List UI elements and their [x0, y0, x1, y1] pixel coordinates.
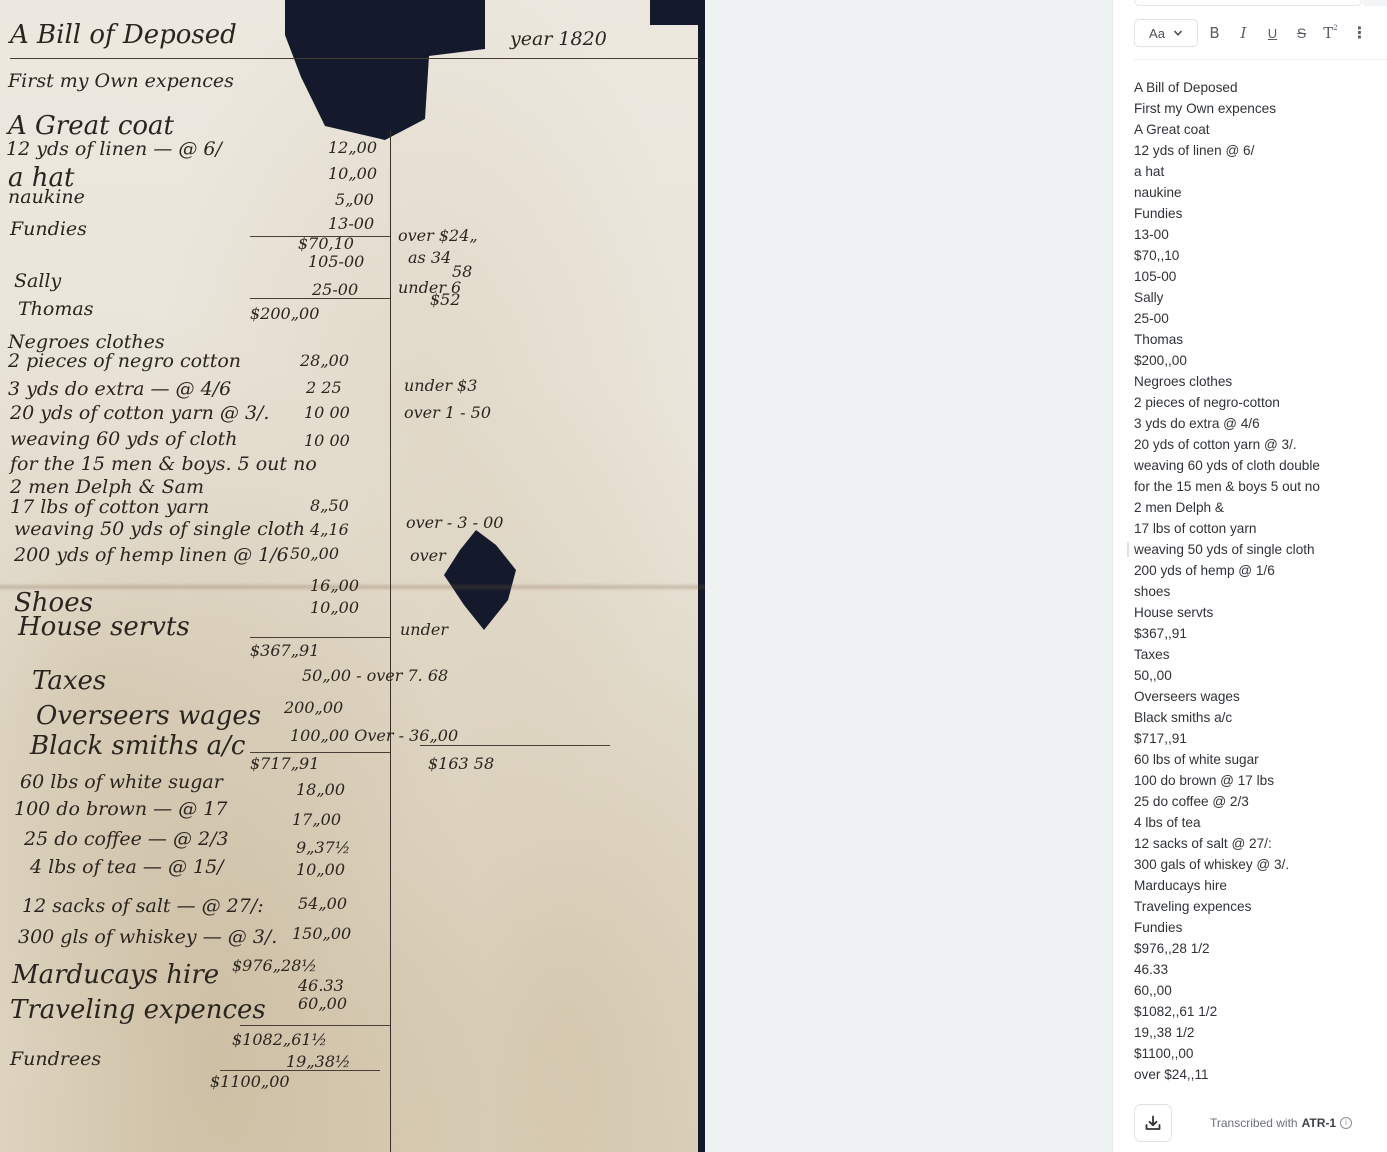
- transcription-line[interactable]: 105-00: [1134, 266, 1374, 287]
- handwritten-amount: $1082„61½: [232, 1032, 327, 1048]
- transcription-line[interactable]: Traveling expences: [1134, 896, 1374, 917]
- transcription-line[interactable]: $200,,00: [1134, 350, 1374, 371]
- chevron-down-icon: [1173, 28, 1183, 38]
- transcription-line[interactable]: Black smiths a/c: [1134, 707, 1374, 728]
- handwritten-amount: $1100„00: [210, 1074, 290, 1090]
- transcription-line[interactable]: 12 yds of linen @ 6/: [1134, 140, 1374, 161]
- handwritten-entry: First my Own expences: [8, 72, 234, 91]
- credit-prefix: Transcribed with: [1210, 1116, 1298, 1130]
- handwritten-amount: over: [410, 548, 446, 564]
- bold-button[interactable]: B: [1200, 19, 1229, 47]
- handwritten-amount: 10„00: [296, 862, 345, 878]
- handwritten-entry: 3 yds do extra — @ 4/6: [8, 380, 231, 399]
- transcription-line[interactable]: 200 yds of hemp @ 1/6: [1134, 560, 1374, 581]
- transcription-panel: Aa B I U S T2 ⋮ A Bill of DeposedFirst m…: [1112, 0, 1387, 1152]
- transcription-line[interactable]: $976,,28 1/2: [1134, 938, 1374, 959]
- transcription-text-editor[interactable]: A Bill of DeposedFirst my Own expencesA …: [1134, 77, 1374, 1085]
- transcription-line[interactable]: 20 yds of cotton yarn @ 3/.: [1134, 434, 1374, 455]
- handwritten-entry: Black smiths a/c: [30, 733, 245, 759]
- handwritten-amount: 50„00 - over 7. 68: [302, 668, 448, 684]
- handwritten-amount: 19„38½: [286, 1054, 351, 1070]
- handwritten-amount: 10„00: [310, 600, 359, 616]
- handwritten-amount: 18„00: [296, 782, 345, 798]
- transcription-line[interactable]: Sally: [1134, 287, 1374, 308]
- handwritten-entry: 17 lbs of cotton yarn: [10, 498, 209, 517]
- transcription-line[interactable]: Marducays hire: [1134, 875, 1374, 896]
- transcription-line[interactable]: shoes: [1134, 581, 1374, 602]
- paper-damage-hole: [285, 0, 485, 140]
- transcription-line[interactable]: $70,,10: [1134, 245, 1374, 266]
- handwritten-amount: 10 00: [304, 433, 350, 449]
- handwritten-entry: year 1820: [510, 30, 607, 49]
- handwritten-entry: Traveling expences: [10, 997, 266, 1023]
- underline-icon: U: [1268, 26, 1277, 41]
- handwritten-entry: 20 yds of cotton yarn @ 3/.: [10, 404, 269, 423]
- transcription-line[interactable]: 13-00: [1134, 224, 1374, 245]
- info-icon[interactable]: i: [1340, 1117, 1352, 1129]
- transcription-line[interactable]: First my Own expences: [1134, 98, 1374, 119]
- transcription-line[interactable]: weaving 60 yds of cloth double: [1134, 455, 1374, 476]
- handwritten-amount: $200„00: [250, 306, 319, 322]
- transcription-line[interactable]: a hat: [1134, 161, 1374, 182]
- handwritten-entry: Thomas: [18, 300, 93, 319]
- handwritten-entry: 2 pieces of negro cotton: [8, 352, 241, 371]
- handwritten-amount: 10 00: [304, 405, 350, 421]
- transcription-line[interactable]: 2 pieces of negro-cotton: [1134, 392, 1374, 413]
- handwritten-amount: under $3: [404, 378, 477, 394]
- transcription-line[interactable]: 4 lbs of tea: [1134, 812, 1374, 833]
- handwritten-amount: 50„00: [290, 546, 339, 562]
- handwritten-amount: 9„37½: [296, 840, 350, 856]
- superscript-icon: T2: [1323, 24, 1337, 42]
- handwritten-entry: Taxes: [32, 668, 106, 694]
- superscript-button[interactable]: T2: [1316, 19, 1345, 47]
- handwritten-amount: 13-00: [328, 216, 374, 232]
- superscript-mark: 2: [1333, 24, 1337, 32]
- handwritten-entry: 25 do coffee — @ 2/3: [24, 830, 229, 849]
- transcription-line[interactable]: A Bill of Deposed: [1134, 77, 1374, 98]
- transcription-line[interactable]: 100 do brown @ 17 lbs: [1134, 770, 1374, 791]
- underline-button[interactable]: U: [1258, 19, 1287, 47]
- sum-rule: [250, 752, 390, 753]
- sum-rule: [240, 1025, 390, 1026]
- transcription-line[interactable]: 25 do coffee @ 2/3: [1134, 791, 1374, 812]
- handwritten-amount: $367„91: [250, 643, 319, 659]
- vertical-ellipsis-icon: ⋮: [1352, 23, 1368, 43]
- handwritten-entry: 300 gls of whiskey — @ 3/.: [18, 928, 277, 947]
- strikethrough-icon: S: [1297, 25, 1306, 41]
- handwritten-entry: House servts: [18, 614, 190, 640]
- handwritten-entry: 12 sacks of salt — @ 27/:: [22, 897, 264, 916]
- handwritten-entry: 200 yds of hemp linen @ 1/6: [14, 546, 289, 565]
- transcription-line[interactable]: 25-00: [1134, 308, 1374, 329]
- handwritten-amount: 10„00: [328, 166, 377, 182]
- transcription-line[interactable]: 300 gals of whiskey @ 3/.: [1134, 854, 1374, 875]
- handwritten-amount: 46.33: [298, 978, 344, 994]
- handwritten-amount: 5„00: [335, 192, 374, 208]
- handwritten-entry: 2 men Delph & Sam: [10, 478, 204, 497]
- transcription-line[interactable]: Thomas: [1134, 329, 1374, 350]
- handwritten-amount: over 1 - 50: [404, 405, 491, 421]
- handwritten-entry: 60 lbs of white sugar: [20, 773, 223, 792]
- transcription-line[interactable]: 50,,00: [1134, 665, 1374, 686]
- handwritten-entry: for the 15 men & boys. 5 out no: [10, 455, 317, 474]
- transcription-line[interactable]: 60,,00: [1134, 980, 1374, 1001]
- handwritten-entry: 4 lbs of tea — @ 15/: [30, 858, 224, 877]
- model-name: ATR-1: [1302, 1116, 1336, 1130]
- transcription-line[interactable]: A Great coat: [1134, 119, 1374, 140]
- handwritten-amount: over $24„: [398, 228, 478, 244]
- transcription-line[interactable]: $1082,,61 1/2: [1134, 1001, 1374, 1022]
- transcription-line[interactable]: 60 lbs of white sugar: [1134, 749, 1374, 770]
- handwritten-amount: 54„00: [298, 896, 347, 912]
- transcription-line[interactable]: over $24,,11: [1134, 1064, 1374, 1085]
- transcription-line[interactable]: 12 sacks of salt @ 27/:: [1134, 833, 1374, 854]
- document-viewer[interactable]: A Bill of Deposedyear 1820First my Own e…: [0, 0, 1112, 1152]
- handwritten-amount: 200„00: [284, 700, 343, 716]
- handwritten-entry: A Great coat: [8, 113, 174, 139]
- handwritten-amount: 100„00 Over - 36„00: [290, 728, 458, 744]
- handwritten-amount: 16„00: [310, 578, 359, 594]
- italic-button[interactable]: I: [1229, 19, 1258, 47]
- transcription-line[interactable]: 3 yds do extra @ 4/6: [1134, 413, 1374, 434]
- handwritten-amount: 150„00: [292, 926, 351, 942]
- formatting-toolbar: Aa B I U S T2 ⋮: [1134, 19, 1387, 47]
- handwritten-amount: 2 25: [306, 380, 342, 396]
- more-options-button[interactable]: ⋮: [1345, 19, 1374, 47]
- handwritten-amount: 17„00: [292, 812, 341, 828]
- handwritten-amount: 25-00: [312, 282, 358, 298]
- handwritten-amount: $717„91: [250, 756, 319, 772]
- font-style-dropdown[interactable]: Aa: [1134, 19, 1198, 47]
- paper-damage-edge: [698, 0, 705, 1152]
- handwritten-amount: 4„16: [310, 522, 349, 538]
- panel-top-scroll-area: [1363, 0, 1387, 6]
- handwritten-amount: under: [400, 622, 448, 638]
- handwritten-entry: Fundies: [10, 220, 87, 239]
- handwritten-entry: A Bill of Deposed: [10, 22, 237, 48]
- paper-damage-hole: [440, 530, 520, 630]
- font-style-label: Aa: [1149, 26, 1165, 41]
- transcription-credit: Transcribed with ATR-1 i: [1210, 1116, 1352, 1130]
- transcription-line[interactable]: for the 15 men & boys 5 out no: [1134, 476, 1374, 497]
- transcription-line[interactable]: House servts: [1134, 602, 1374, 623]
- transcription-line[interactable]: 17 lbs of cotton yarn: [1134, 518, 1374, 539]
- handwritten-amount: 8„50: [310, 498, 349, 514]
- transcription-line[interactable]: 2 men Delph &: [1134, 497, 1374, 518]
- handwritten-entry: weaving 50 yds of single cloth: [14, 520, 305, 539]
- title-underline: [10, 58, 700, 59]
- handwritten-amount: $70,10: [298, 236, 354, 252]
- handwritten-entry: Sally: [14, 272, 61, 291]
- handwritten-amount: over - 3 - 00: [406, 515, 503, 531]
- toolbar-divider: [1134, 59, 1387, 60]
- download-button[interactable]: [1134, 1104, 1172, 1142]
- ledger-column-rule: [390, 130, 391, 1152]
- handwritten-entry: 100 do brown — @ 17: [14, 800, 227, 819]
- handwritten-amount: 12„00: [328, 140, 377, 156]
- transcription-line[interactable]: $1100,,00: [1134, 1043, 1374, 1064]
- transcription-line[interactable]: $717,,91: [1134, 728, 1374, 749]
- handwritten-amount: 105-00: [308, 254, 364, 270]
- transcription-line[interactable]: Taxes: [1134, 644, 1374, 665]
- italic-icon: I: [1241, 24, 1247, 42]
- transcription-line[interactable]: Negroes clothes: [1134, 371, 1374, 392]
- handwritten-amount: as 34: [408, 250, 451, 266]
- transcription-line[interactable]: Overseers wages: [1134, 686, 1374, 707]
- handwritten-amount: $976„28½: [232, 958, 317, 974]
- transcription-line[interactable]: 19,,38 1/2: [1134, 1022, 1374, 1043]
- panel-footer: Transcribed with ATR-1 i: [1134, 1104, 1387, 1142]
- handwritten-entry: Fundrees: [10, 1050, 101, 1069]
- bold-icon: B: [1209, 24, 1219, 42]
- transcription-line[interactable]: weaving 50 yds of single cloth: [1134, 539, 1374, 560]
- transcription-line[interactable]: Fundies: [1134, 203, 1374, 224]
- handwritten-entry: naukine: [8, 188, 85, 207]
- transcription-line[interactable]: naukine: [1134, 182, 1374, 203]
- strikethrough-button[interactable]: S: [1287, 19, 1316, 47]
- transcription-line[interactable]: $367,,91: [1134, 623, 1374, 644]
- paper-damage-edge: [650, 0, 705, 25]
- sum-rule: [420, 745, 610, 746]
- sum-rule: [250, 637, 390, 638]
- handwritten-entry: 12 yds of linen — @ 6/: [6, 140, 222, 159]
- superscript-letter: T: [1323, 24, 1333, 42]
- transcription-line[interactable]: Fundies: [1134, 917, 1374, 938]
- manuscript-scan-image[interactable]: A Bill of Deposedyear 1820First my Own e…: [0, 0, 705, 1152]
- handwritten-entry: weaving 60 yds of cloth: [10, 430, 238, 449]
- handwritten-amount: 28„00: [300, 353, 349, 369]
- handwritten-amount: $163 58: [428, 756, 494, 772]
- transcription-line[interactable]: 46.33: [1134, 959, 1374, 980]
- handwritten-entry: Overseers wages: [36, 703, 261, 729]
- handwritten-amount: 60„00: [298, 996, 347, 1012]
- panel-top-input[interactable]: [1134, 0, 1362, 6]
- handwritten-amount: $52: [430, 292, 461, 308]
- download-icon: [1144, 1114, 1162, 1132]
- handwritten-entry: Marducays hire: [12, 962, 219, 988]
